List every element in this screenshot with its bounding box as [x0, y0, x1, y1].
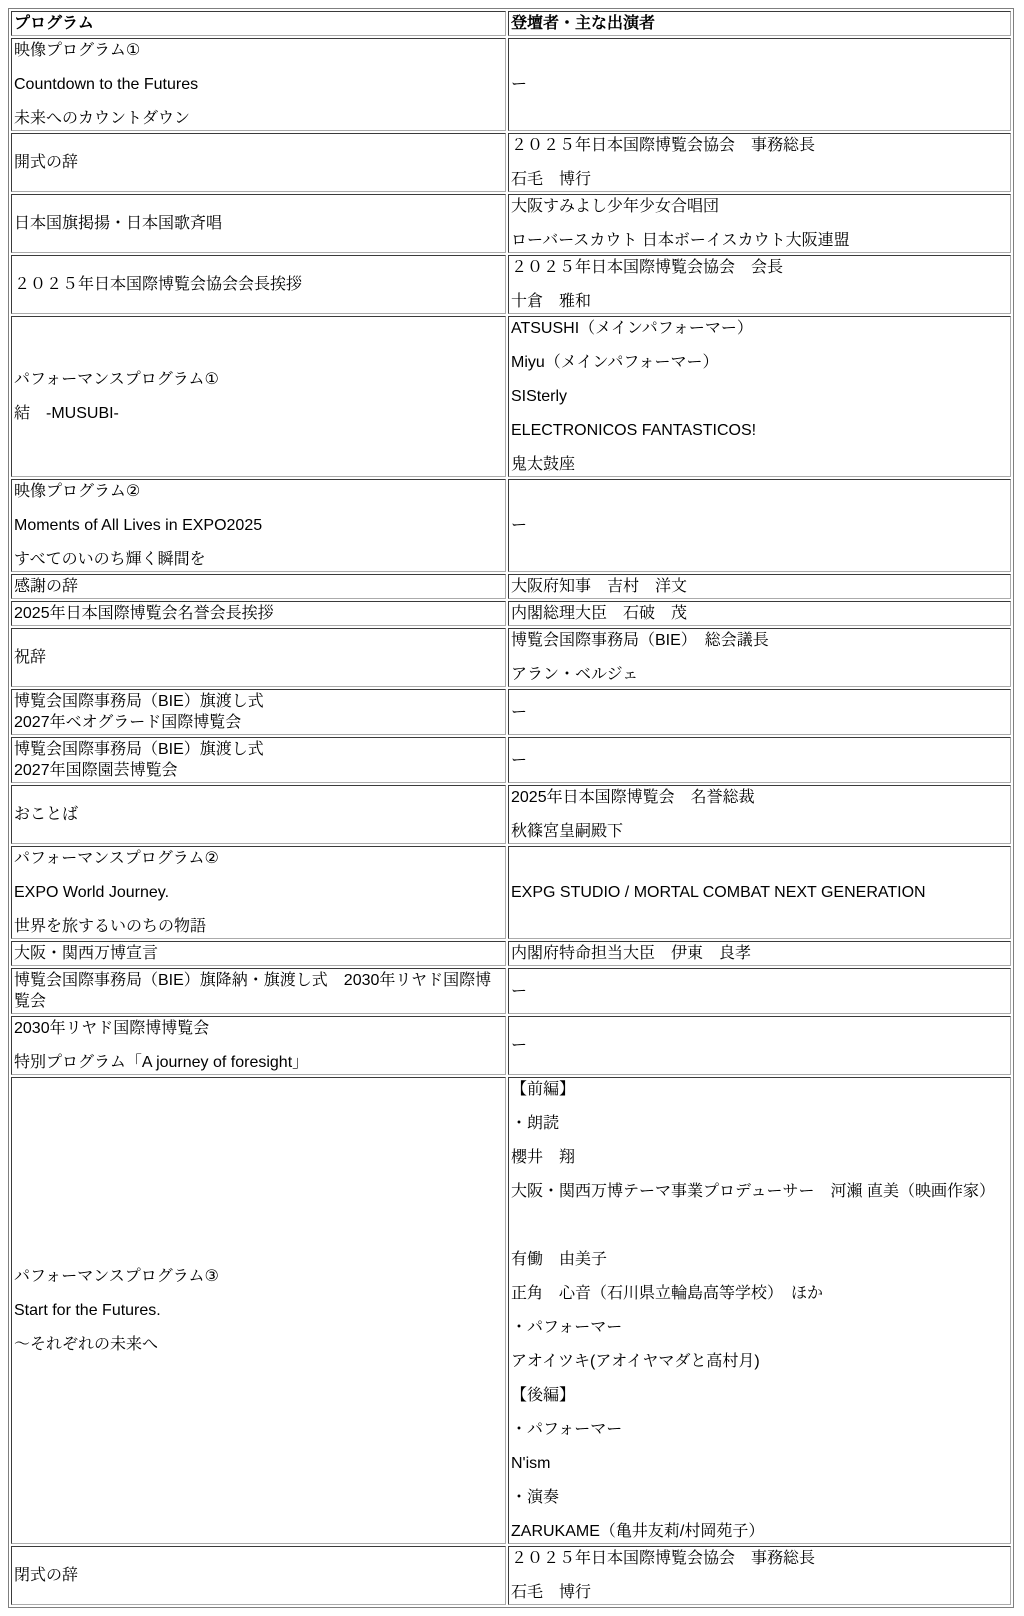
table-row: おことば2025年日本国際博覧会 名誉総裁秋篠宮皇嗣殿下 [11, 785, 1011, 844]
program-cell: 開式の辞 [11, 133, 506, 192]
text-line: 博覧会国際事務局（BIE）旗渡し式2027年ベオグラード国際博覧会 [14, 691, 503, 733]
text-line: 大阪・関西万博テーマ事業プロデューサー 河瀨 直美（映画作家） [511, 1181, 1008, 1202]
text-line: ～それぞれの未来へ [14, 1334, 503, 1355]
text-line: ・パフォーマー [511, 1419, 1008, 1440]
text-line: 博覧会国際事務局（BIE）旗降納・旗渡し式 2030年リヤド国際博覧会 [14, 970, 503, 1012]
performers-cell: ２０２５年日本国際博覧会協会 会長十倉 雅和 [508, 255, 1011, 314]
performers-cell: ２０２５年日本国際博覧会協会 事務総長石毛 博行 [508, 1546, 1011, 1605]
program-cell: 映像プログラム②Moments of All Lives in EXPO2025… [11, 479, 506, 572]
program-cell: ２０２５年日本国際博覧会協会会長挨拶 [11, 255, 506, 314]
text-line: ー [511, 1035, 1008, 1056]
table-body: 映像プログラム①Countdown to the Futures未来へのカウント… [11, 38, 1011, 1605]
performers-cell: ー [508, 1016, 1011, 1075]
text-line: 博覧会国際事務局（BIE） 総会議長 [511, 630, 1008, 651]
program-cell: パフォーマンスプログラム③Start for the Futures.～それぞれ… [11, 1077, 506, 1544]
program-cell: 閉式の辞 [11, 1546, 506, 1605]
program-cell: おことば [11, 785, 506, 844]
text-line: パフォーマンスプログラム③ [14, 1266, 503, 1287]
text-line: ー [511, 750, 1008, 771]
text-line: 正角 心音（石川県立輪島高等学校） ほか [511, 1283, 1008, 1304]
program-table: プログラム 登壇者・主な出演者 映像プログラム①Countdown to the… [8, 8, 1014, 1608]
text-line: 【後編】 [511, 1385, 1008, 1406]
text-line: 大阪府知事 吉村 洋文 [511, 576, 1008, 597]
program-cell: 感謝の辞 [11, 574, 506, 599]
text-line: 秋篠宮皇嗣殿下 [511, 821, 1008, 842]
text-line: 内閣総理大臣 石破 茂 [511, 603, 1008, 624]
text-line: 内閣府特命担当大臣 伊東 良孝 [511, 943, 1008, 964]
text-line: パフォーマンスプログラム② [14, 848, 503, 869]
text-line: Moments of All Lives in EXPO2025 [14, 515, 503, 536]
text-line: ELECTRONICOS FANTASTICOS! [511, 420, 1008, 441]
text-line: 結 -MUSUBI- [14, 403, 503, 424]
text-line: 祝辞 [14, 647, 503, 668]
table-row: ２０２５年日本国際博覧会協会会長挨拶２０２５年日本国際博覧会協会 会長十倉 雅和 [11, 255, 1011, 314]
program-cell: 博覧会国際事務局（BIE）旗降納・旗渡し式 2030年リヤド国際博覧会 [11, 968, 506, 1014]
text-line: アオイツキ(アオイヤマダと高村月) [511, 1351, 1008, 1372]
performers-cell: 大阪すみよし少年少女合唱団ローバースカウト 日本ボーイスカウト大阪連盟 [508, 194, 1011, 253]
text-line: 2025年日本国際博覧会名誉会長挨拶 [14, 603, 503, 624]
text-line: N'ism [511, 1453, 1008, 1474]
performers-cell: 内閣府特命担当大臣 伊東 良孝 [508, 941, 1011, 966]
table-row: 2030年リヤド国際博博覧会特別プログラム「A journey of fores… [11, 1016, 1011, 1075]
table-row: 博覧会国際事務局（BIE）旗降納・旗渡し式 2030年リヤド国際博覧会ー [11, 968, 1011, 1014]
table-row: パフォーマンスプログラム③Start for the Futures.～それぞれ… [11, 1077, 1011, 1544]
performers-cell: 【前編】・朗読櫻井 翔大阪・関西万博テーマ事業プロデューサー 河瀨 直美（映画作… [508, 1077, 1011, 1544]
text-line: 大阪・関西万博宣言 [14, 943, 503, 964]
text-line: 映像プログラム② [14, 481, 503, 502]
text-line: 博覧会国際事務局（BIE）旗渡し式2027年国際園芸博覧会 [14, 739, 503, 781]
text-line: ー [511, 702, 1008, 723]
text-line: 開式の辞 [14, 152, 503, 173]
text-line: 大阪すみよし少年少女合唱団 [511, 196, 1008, 217]
text-line: ２０２５年日本国際博覧会協会 事務総長 [511, 1548, 1008, 1569]
text-line: 【前編】 [511, 1079, 1008, 1100]
text-line: 日本国旗掲揚・日本国歌斉唱 [14, 213, 503, 234]
table-row: 博覧会国際事務局（BIE）旗渡し式2027年国際園芸博覧会ー [11, 737, 1011, 783]
text-line: 2025年日本国際博覧会 名誉総裁 [511, 787, 1008, 808]
program-cell: 日本国旗掲揚・日本国歌斉唱 [11, 194, 506, 253]
text-line: 閉式の辞 [14, 1565, 503, 1586]
performers-cell: 大阪府知事 吉村 洋文 [508, 574, 1011, 599]
text-line: SISterly [511, 386, 1008, 407]
text-line: 有働 由美子 [511, 1249, 1008, 1270]
performers-cell: ー [508, 968, 1011, 1014]
table-row: 博覧会国際事務局（BIE）旗渡し式2027年ベオグラード国際博覧会ー [11, 689, 1011, 735]
performers-cell: ２０２５年日本国際博覧会協会 事務総長石毛 博行 [508, 133, 1011, 192]
text-line: Countdown to the Futures [14, 74, 503, 95]
table-header: プログラム 登壇者・主な出演者 [11, 11, 1011, 36]
performers-cell: ー [508, 38, 1011, 131]
table-row: 映像プログラム②Moments of All Lives in EXPO2025… [11, 479, 1011, 572]
performers-cell: 2025年日本国際博覧会 名誉総裁秋篠宮皇嗣殿下 [508, 785, 1011, 844]
text-line: ー [511, 981, 1008, 1002]
program-cell: 博覧会国際事務局（BIE）旗渡し式2027年国際園芸博覧会 [11, 737, 506, 783]
performers-cell: 内閣総理大臣 石破 茂 [508, 601, 1011, 626]
text-line: アラン・ベルジェ [511, 664, 1008, 685]
program-cell: パフォーマンスプログラム①結 -MUSUBI- [11, 316, 506, 477]
column-header-program: プログラム [11, 11, 506, 36]
performers-cell: 博覧会国際事務局（BIE） 総会議長アラン・ベルジェ [508, 628, 1011, 687]
program-cell: 博覧会国際事務局（BIE）旗渡し式2027年ベオグラード国際博覧会 [11, 689, 506, 735]
text-line: 鬼太鼓座 [511, 454, 1008, 475]
text-line: 十倉 雅和 [511, 291, 1008, 312]
text-line: ローバースカウト 日本ボーイスカウト大阪連盟 [511, 230, 1008, 251]
performers-cell: ー [508, 689, 1011, 735]
text-line: 世界を旅するいのちの物語 [14, 916, 503, 937]
text-line: すべてのいのち輝く瞬間を [14, 549, 503, 570]
text-line: ・演奏 [511, 1487, 1008, 1508]
text-line [511, 1215, 1008, 1236]
table-row: 閉式の辞２０２５年日本国際博覧会協会 事務総長石毛 博行 [11, 1546, 1011, 1605]
performers-cell: EXPG STUDIO / MORTAL COMBAT NEXT GENERAT… [508, 846, 1011, 939]
text-line: Miyu（メインパフォーマー） [511, 352, 1008, 373]
program-cell: 2025年日本国際博覧会名誉会長挨拶 [11, 601, 506, 626]
table-row: 大阪・関西万博宣言内閣府特命担当大臣 伊東 良孝 [11, 941, 1011, 966]
text-line: ・パフォーマー [511, 1317, 1008, 1338]
table-row: 日本国旗掲揚・日本国歌斉唱大阪すみよし少年少女合唱団ローバースカウト 日本ボーイ… [11, 194, 1011, 253]
text-line: ２０２５年日本国際博覧会協会会長挨拶 [14, 274, 503, 295]
table-row: 開式の辞２０２５年日本国際博覧会協会 事務総長石毛 博行 [11, 133, 1011, 192]
text-line: EXPG STUDIO / MORTAL COMBAT NEXT GENERAT… [511, 882, 1008, 903]
program-cell: 映像プログラム①Countdown to the Futures未来へのカウント… [11, 38, 506, 131]
text-line: 石毛 博行 [511, 169, 1008, 190]
table-row: 祝辞博覧会国際事務局（BIE） 総会議長アラン・ベルジェ [11, 628, 1011, 687]
text-line: ・朗読 [511, 1113, 1008, 1134]
text-line: パフォーマンスプログラム① [14, 369, 503, 390]
text-line: Start for the Futures. [14, 1300, 503, 1321]
text-line: ー [511, 74, 1008, 95]
text-line: 未来へのカウントダウン [14, 108, 503, 129]
performers-cell: ー [508, 737, 1011, 783]
text-line: 石毛 博行 [511, 1582, 1008, 1603]
text-line: 櫻井 翔 [511, 1147, 1008, 1168]
text-line: 感謝の辞 [14, 576, 503, 597]
table-row: 映像プログラム①Countdown to the Futures未来へのカウント… [11, 38, 1011, 131]
program-cell: 祝辞 [11, 628, 506, 687]
program-cell: パフォーマンスプログラム②EXPO World Journey.世界を旅するいの… [11, 846, 506, 939]
program-cell: 2030年リヤド国際博博覧会特別プログラム「A journey of fores… [11, 1016, 506, 1075]
text-line: EXPO World Journey. [14, 882, 503, 903]
text-line: 2030年リヤド国際博博覧会 [14, 1018, 503, 1039]
text-line: ATSUSHI（メインパフォーマー） [511, 318, 1008, 339]
table-row: 感謝の辞大阪府知事 吉村 洋文 [11, 574, 1011, 599]
table-row: 2025年日本国際博覧会名誉会長挨拶内閣総理大臣 石破 茂 [11, 601, 1011, 626]
text-line: 映像プログラム① [14, 40, 503, 61]
table-row: パフォーマンスプログラム①結 -MUSUBI-ATSUSHI（メインパフォーマー… [11, 316, 1011, 477]
text-line: ２０２５年日本国際博覧会協会 事務総長 [511, 135, 1008, 156]
text-line: おことば [14, 804, 503, 825]
performers-cell: ATSUSHI（メインパフォーマー）Miyu（メインパフォーマー）SISterl… [508, 316, 1011, 477]
header-row: プログラム 登壇者・主な出演者 [11, 11, 1011, 36]
text-line: 特別プログラム「A journey of foresight」 [14, 1052, 503, 1073]
text-line: ー [511, 515, 1008, 536]
program-cell: 大阪・関西万博宣言 [11, 941, 506, 966]
column-header-performers: 登壇者・主な出演者 [508, 11, 1011, 36]
text-line: ZARUKAME（亀井友莉/村岡苑子） [511, 1521, 1008, 1542]
table-row: パフォーマンスプログラム②EXPO World Journey.世界を旅するいの… [11, 846, 1011, 939]
text-line: ２０２５年日本国際博覧会協会 会長 [511, 257, 1008, 278]
performers-cell: ー [508, 479, 1011, 572]
